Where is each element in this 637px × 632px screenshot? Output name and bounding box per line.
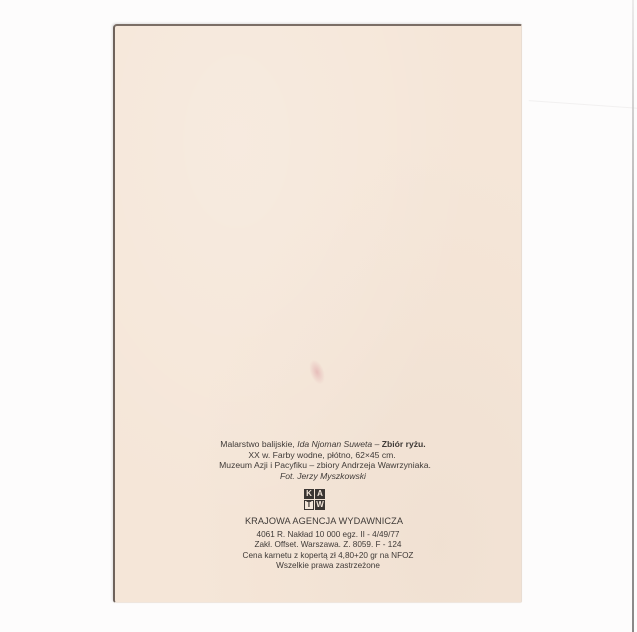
logo-letter: W — [315, 500, 325, 510]
caption-photographer-text: Fot. Jerzy Myszkowski — [280, 471, 366, 481]
caption-genre: Malarstwo balijskie, — [220, 439, 297, 449]
scan-edge — [632, 0, 634, 632]
imprint-line: Wszelkie prawa zastrzeżone — [135, 561, 521, 571]
logo-letter: T — [304, 500, 314, 510]
imprint-line: Cena karnetu z kopertą zł 4,80+20 gr na … — [135, 551, 521, 561]
kaw-logo: K A T W — [304, 489, 326, 511]
caption-dash: – — [372, 439, 382, 449]
logo-letter: A — [315, 489, 325, 499]
caption-photographer: Fot. Jerzy Myszkowski — [115, 471, 521, 482]
postcard-back: Malarstwo balijskie, Ida Njoman Suweta –… — [113, 24, 522, 603]
caption-line-3: Muzeum Azji i Pacyfiku – zbiory Andrzeja… — [115, 460, 521, 471]
imprint-block: 4061 R. Nakład 10 000 egz. II - 4/49/77 … — [115, 530, 521, 572]
imprint-line: 4061 R. Nakład 10 000 egz. II - 4/49/77 — [135, 530, 521, 540]
imprint-line: Zakł. Offset. Warszawa. Z. 8059. F - 124 — [135, 540, 521, 550]
ink-stain — [306, 357, 328, 386]
artwork-caption: Malarstwo balijskie, Ida Njoman Suweta –… — [115, 439, 521, 481]
publisher-name: KRAJOWA AGENCJA WYDAWNICZA — [115, 516, 521, 526]
logo-letter: K — [304, 489, 314, 499]
caption-line-1: Malarstwo balijskie, Ida Njoman Suweta –… — [115, 439, 521, 450]
caption-artist: Ida Njoman Suweta — [297, 439, 372, 449]
paper-crease — [527, 100, 637, 127]
caption-line-2: XX w. Farby wodne, płótno, 62×45 cm. — [115, 450, 521, 461]
caption-artwork-title: Zbiór ryżu. — [382, 439, 426, 449]
